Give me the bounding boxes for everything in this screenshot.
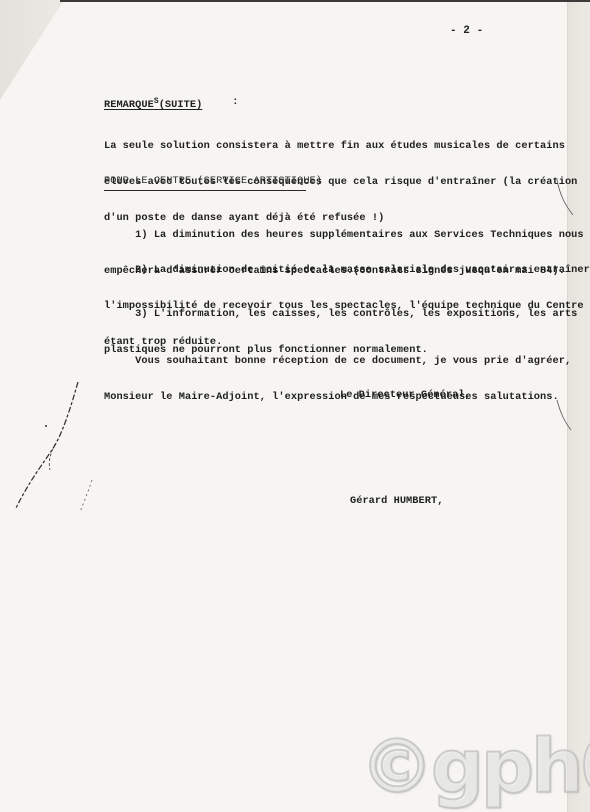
centre-heading-underline (104, 190, 306, 191)
remarques-heading-prefix: REMARQUE (104, 99, 154, 111)
closing-paragraph: Vous souhaitant bonne réception de ce do… (104, 331, 571, 415)
edge-stroke-mark (555, 160, 590, 460)
text-line: Vous souhaitant bonne réception de ce do… (104, 355, 571, 367)
pen-stroke-mark (0, 380, 100, 520)
text-line: Monsieur le Maire-Adjoint, l'expression … (104, 391, 571, 403)
signature-title: Le Directeur Général, (340, 389, 471, 401)
signature-name: Gérard HUMBERT, (350, 495, 443, 507)
centre-heading: POUR LE CENTRE (SERVICE ARTISTIQUE) (104, 175, 322, 187)
remarques-heading: REMARQUES(SUITE) (104, 96, 202, 111)
watermark: ©gph01 (360, 730, 590, 804)
page-number: - 2 - (450, 25, 483, 37)
remarques-heading-colon: : (226, 96, 238, 108)
page-top-edge (60, 0, 590, 2)
text-line: 3) L'information, les caisses, les contr… (104, 308, 577, 320)
text-line: La seule solution consistera à mettre fi… (104, 140, 577, 152)
remarques-heading-suffix: (SUITE) (159, 99, 203, 111)
text-line: 2) La diminution de moitié de la masse s… (104, 264, 590, 276)
